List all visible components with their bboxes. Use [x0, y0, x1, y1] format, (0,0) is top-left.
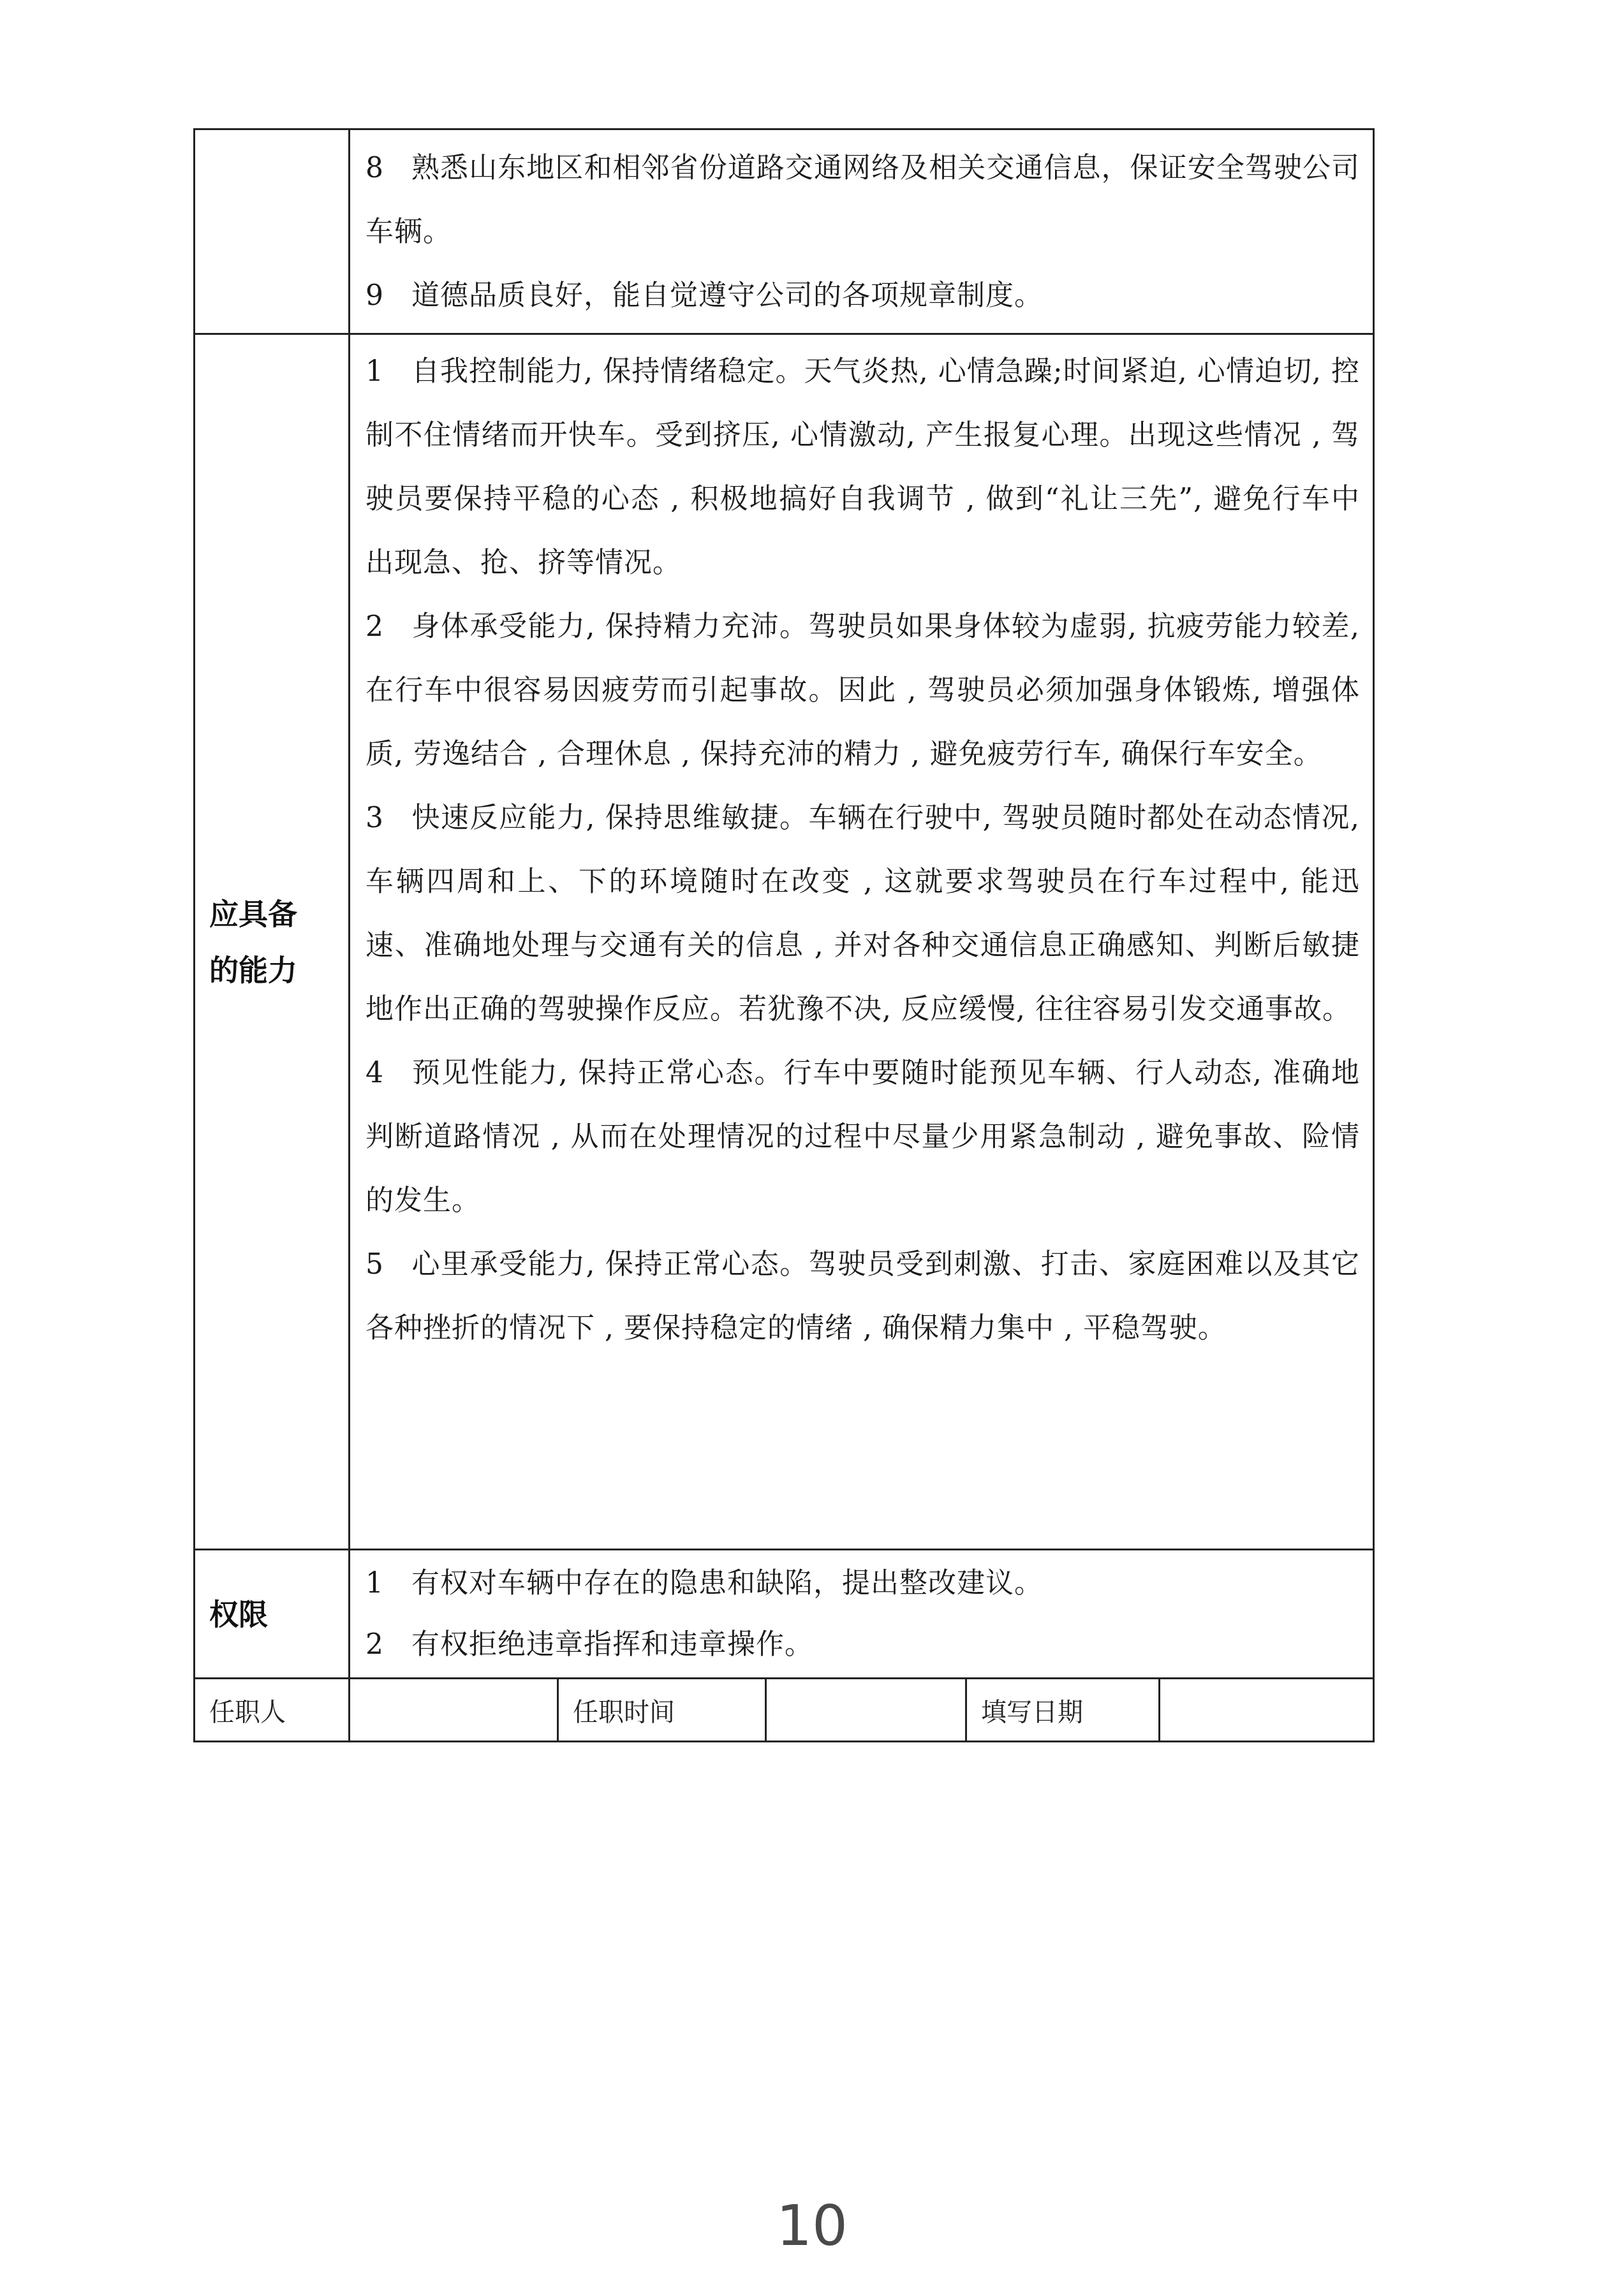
date-label-cell: 填写日期: [966, 1679, 1160, 1742]
date-value-field[interactable]: [1160, 1679, 1374, 1742]
requirements-label-cell: [195, 129, 350, 334]
authority-item-2: 2有权拒绝违章指挥和违章操作。: [365, 1614, 1360, 1675]
item-text: 自我控制能力, 保持情绪稳定。天气炎热, 心情急躁;时间紧迫, 心情迫切, 控制…: [365, 355, 1360, 579]
item-number: 2: [365, 1614, 411, 1675]
item-number: 1: [365, 1553, 411, 1614]
holder-label: 任职人: [209, 1698, 286, 1727]
item-number: 5: [365, 1233, 411, 1297]
requirement-item-8: 8熟悉山东地区和相邻省份道路交通网络及相关交通信息，保证安全驾驶公司车辆。: [365, 136, 1360, 264]
requirement-item-9: 9道德品质良好，能自觉遵守公司的各项规章制度。: [365, 264, 1360, 328]
item-number: 1: [365, 340, 411, 404]
item-number: 3: [365, 786, 411, 850]
authority-row: 权限 1有权对车辆中存在的隐患和缺陷，提出整改建议。 2有权拒绝违章指挥和违章操…: [195, 1550, 1374, 1679]
authority-label: 权限: [209, 1597, 268, 1631]
holder-value-field[interactable]: [350, 1679, 558, 1742]
page-number: 10: [0, 2194, 1624, 2258]
ability-item-3: 3快速反应能力, 保持思维敏捷。车辆在行驶中, 驾驶员随时都处在动态情况, 车辆…: [365, 786, 1360, 1041]
job-description-table: 8熟悉山东地区和相邻省份道路交通网络及相关交通信息，保证安全驾驶公司车辆。 9道…: [193, 128, 1375, 1742]
ability-item-1: 1自我控制能力, 保持情绪稳定。天气炎热, 心情急躁;时间紧迫, 心情迫切, 控…: [365, 340, 1360, 595]
abilities-row: 应具备 的能力 1自我控制能力, 保持情绪稳定。天气炎热, 心情急躁;时间紧迫,…: [195, 334, 1374, 1550]
authority-content: 1有权对车辆中存在的隐患和缺陷，提出整改建议。 2有权拒绝违章指挥和违章操作。: [350, 1550, 1374, 1679]
ability-item-5: 5心里承受能力, 保持正常心态。驾驶员受到刺激、打击、家庭困难以及其它各种挫折的…: [365, 1233, 1360, 1360]
tenure-value-field[interactable]: [766, 1679, 966, 1742]
tenure-label: 任职时间: [573, 1698, 675, 1727]
item-text: 有权对车辆中存在的隐患和缺陷，提出整改建议。: [411, 1567, 1043, 1600]
date-label: 填写日期: [981, 1698, 1083, 1727]
item-number: 8: [365, 136, 411, 200]
abilities-label-line-1: 应具备: [209, 886, 348, 942]
abilities-content: 1自我控制能力, 保持情绪稳定。天气炎热, 心情急躁;时间紧迫, 心情迫切, 控…: [350, 334, 1374, 1550]
holder-label-cell: 任职人: [195, 1679, 350, 1742]
requirements-content: 8熟悉山东地区和相邻省份道路交通网络及相关交通信息，保证安全驾驶公司车辆。 9道…: [350, 129, 1374, 334]
item-number: 9: [365, 264, 411, 328]
item-text: 熟悉山东地区和相邻省份道路交通网络及相关交通信息，保证安全驾驶公司车辆。: [365, 152, 1360, 248]
item-text: 心里承受能力, 保持正常心态。驾驶员受到刺激、打击、家庭困难以及其它各种挫折的情…: [365, 1248, 1360, 1344]
requirements-row: 8熟悉山东地区和相邻省份道路交通网络及相关交通信息，保证安全驾驶公司车辆。 9道…: [195, 129, 1374, 334]
item-text: 身体承受能力, 保持精力充沛。驾驶员如果身体较为虚弱, 抗疲劳能力较差, 在行车…: [365, 610, 1360, 770]
item-text: 快速反应能力, 保持思维敏捷。车辆在行驶中, 驾驶员随时都处在动态情况, 车辆四…: [365, 802, 1360, 1026]
item-text: 道德品质良好，能自觉遵守公司的各项规章制度。: [411, 279, 1043, 312]
item-number: 2: [365, 595, 411, 659]
authority-item-1: 1有权对车辆中存在的隐患和缺陷，提出整改建议。: [365, 1553, 1360, 1614]
abilities-label-line-2: 的能力: [209, 942, 348, 998]
signature-row: 任职人 任职时间 填写日期: [195, 1679, 1374, 1742]
item-text: 有权拒绝违章指挥和违章操作。: [411, 1628, 813, 1661]
item-number: 4: [365, 1041, 411, 1105]
ability-item-4: 4预见性能力, 保持正常心态。行车中要随时能预见车辆、行人动态, 准确地判断道路…: [365, 1041, 1360, 1233]
item-text: 预见性能力, 保持正常心态。行车中要随时能预见车辆、行人动态, 准确地判断道路情…: [365, 1057, 1360, 1217]
abilities-label-cell: 应具备 的能力: [195, 334, 350, 1550]
tenure-label-cell: 任职时间: [558, 1679, 766, 1742]
ability-item-2: 2身体承受能力, 保持精力充沛。驾驶员如果身体较为虚弱, 抗疲劳能力较差, 在行…: [365, 595, 1360, 786]
authority-label-cell: 权限: [195, 1550, 350, 1679]
